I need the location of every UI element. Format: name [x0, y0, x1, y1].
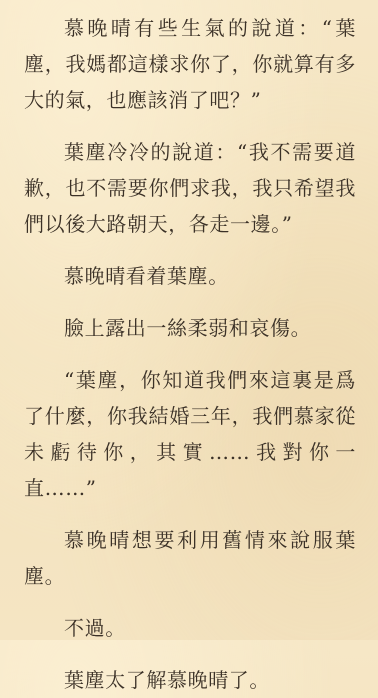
reader-page[interactable]: 慕晚晴有些生氣的說道：“葉塵，我媽都這樣求你了，你就算有多大的氣，也應該消了吧？…: [0, 0, 378, 640]
paragraph: 葉塵冷冷的說道：“我不需要道歉，也不需要你們求我，我只希望我們以後大路朝天，各走…: [24, 134, 356, 242]
paragraph: 慕晚晴有些生氣的說道：“葉塵，我媽都這樣求你了，你就算有多大的氣，也應該消了吧？…: [24, 10, 356, 118]
paragraph: 慕晚晴想要利用舊情來說服葉塵。: [24, 522, 356, 594]
paragraph: 不過。: [24, 610, 356, 640]
paragraph: 慕晚晴看着葉塵。: [24, 258, 356, 294]
paragraph: “葉塵，你知道我們來這裏是爲了什麼，你我結婚三年，我們慕家從未虧待你，其實……我…: [24, 362, 356, 506]
paragraph: 臉上露出一絲柔弱和哀傷。: [24, 310, 356, 346]
